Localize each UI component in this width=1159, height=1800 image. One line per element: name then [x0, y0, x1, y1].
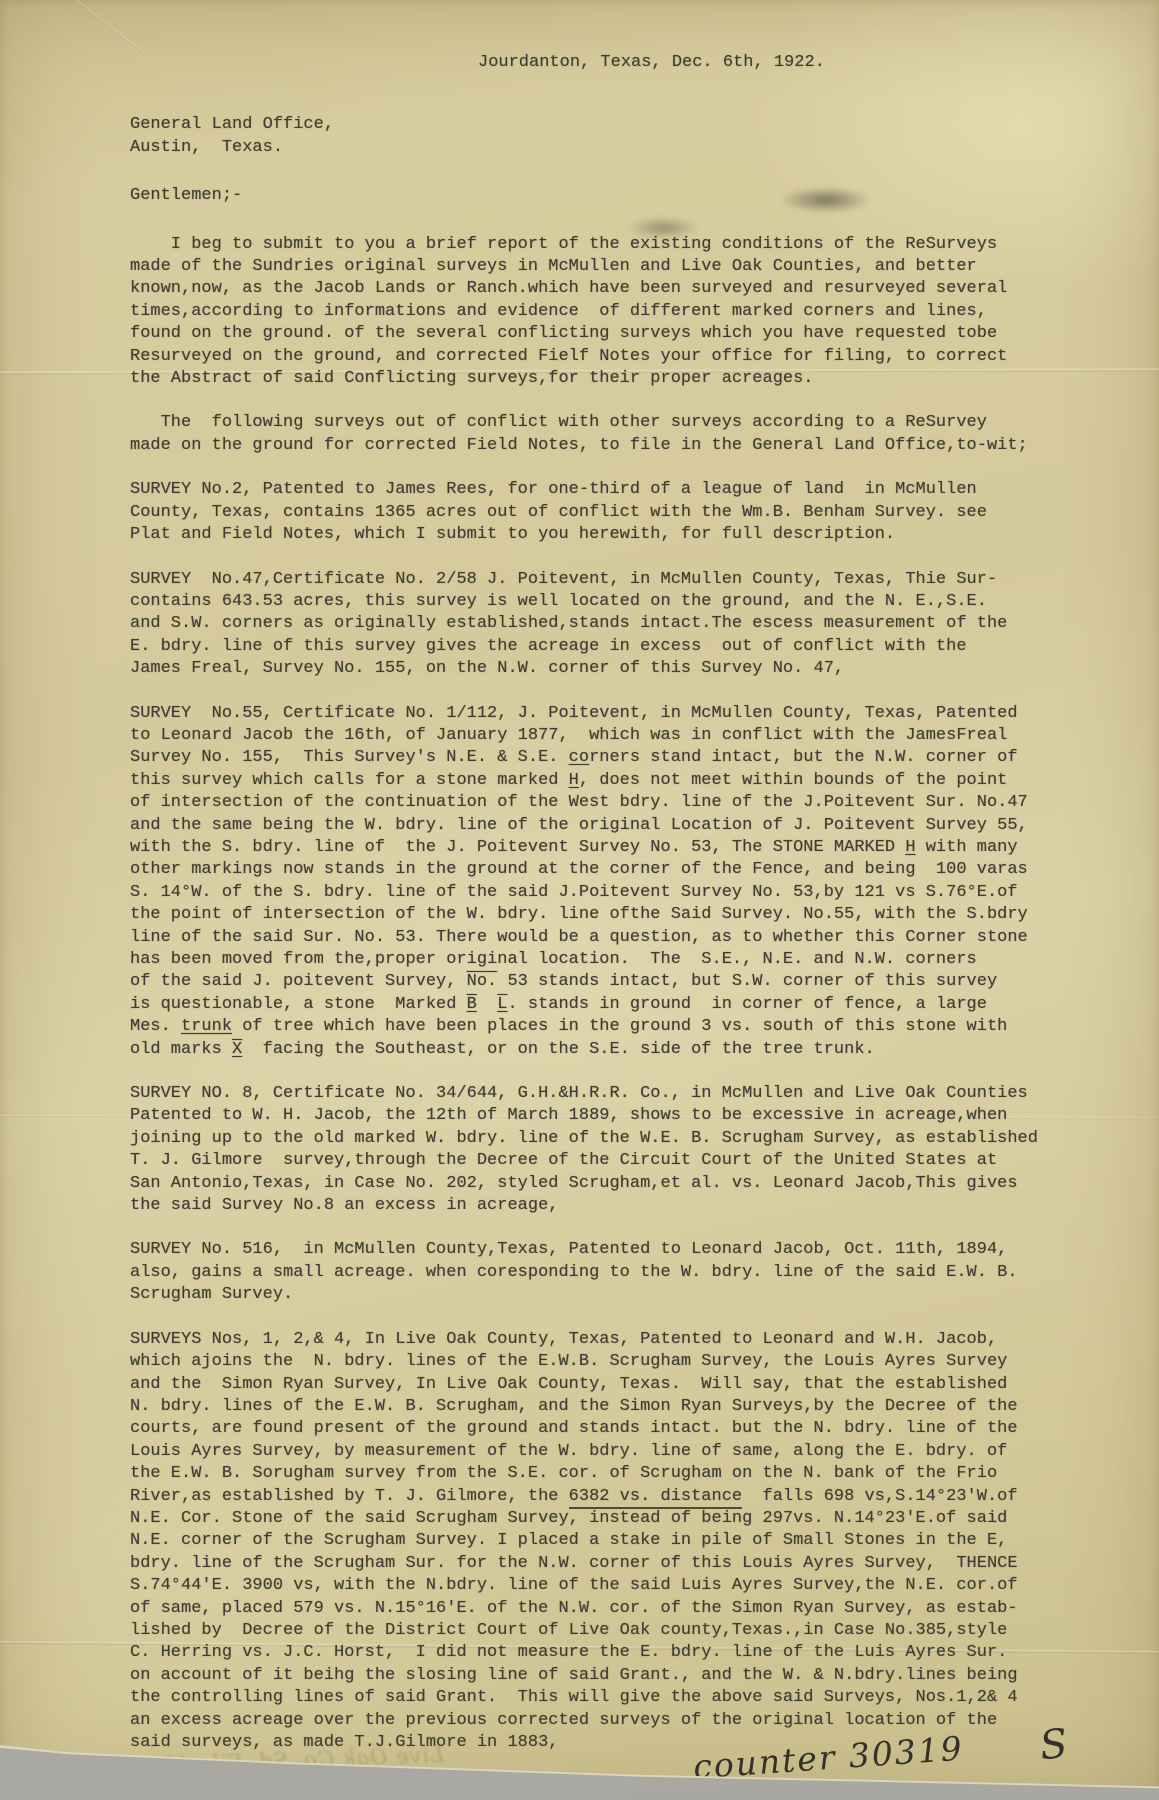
typed-line: Resurveyed on the ground, and corrected … — [130, 346, 1050, 368]
paragraph: SURVEY No.47,Certificate No. 2/58 J. Poi… — [130, 569, 1050, 681]
typed-line: bdry. line of the Scrugham Sur. for the … — [130, 1553, 1050, 1575]
typed-line: the E.W. B. Sorugham survey from the S.E… — [130, 1463, 1050, 1485]
letter-content: Jourdanton, Texas, Dec. 6th, 1922. Gener… — [130, 52, 1050, 1776]
typed-line: Patented to W. H. Jacob, the 12th of Mar… — [130, 1105, 1050, 1127]
address-line: General Land Office, — [130, 114, 1050, 136]
typed-line: lished by Decree of the District Court o… — [130, 1620, 1050, 1642]
typed-line: SURVEY No.55, Certificate No. 1/112, J. … — [130, 703, 1050, 725]
typed-line: has been moved from the,proper original … — [130, 949, 1050, 971]
paragraph: SURVEY No.55, Certificate No. 1/112, J. … — [130, 703, 1050, 1062]
paragraph: The following surveys out of conflict wi… — [130, 412, 1050, 457]
paragraph: SURVEY NO. 8, Certificate No. 34/644, G.… — [130, 1083, 1050, 1217]
typed-line: this survey which calls for a stone mark… — [130, 770, 1050, 792]
typed-line: SURVEY No. 516, in McMullen County,Texas… — [130, 1239, 1050, 1261]
typed-line: the point of intersection of the W. bdry… — [130, 904, 1050, 926]
typed-line: SURVEY No.2, Patented to James Rees, for… — [130, 479, 1050, 501]
typed-line: James Freal, Survey No. 155, on the N.W.… — [130, 658, 1050, 680]
typed-line: with the S. bdry. line of the J. Poiteve… — [130, 837, 1050, 859]
typed-line: SURVEY NO. 8, Certificate No. 34/644, G.… — [130, 1083, 1050, 1105]
typed-line: the Abstract of said Conflicting surveys… — [130, 368, 1050, 390]
typed-line: of same, placed 579 vs. N.15°16'E. of th… — [130, 1598, 1050, 1620]
typed-line: Mes. trunk of tree which have been place… — [130, 1016, 1050, 1038]
dateline: Jourdanton, Texas, Dec. 6th, 1922. — [478, 52, 1050, 74]
letter-body: I beg to submit to you a brief report of… — [130, 234, 1050, 1755]
typed-line: of the said J. poitevent Survey, No. 53 … — [130, 971, 1050, 993]
paragraph: SURVEY No. 516, in McMullen County,Texas… — [130, 1239, 1050, 1306]
typed-line: on account of it beihg the slosing line … — [130, 1665, 1050, 1687]
typed-line: other markings now stands in the ground … — [130, 859, 1050, 881]
typed-line: an excess acreage over the previous corr… — [130, 1710, 1050, 1732]
typed-line: also, gains a small acreage. when coresp… — [130, 1262, 1050, 1284]
typed-line: to Leonard Jacob the 16th, of January 18… — [130, 725, 1050, 747]
paragraph: SURVEY No.2, Patented to James Rees, for… — [130, 479, 1050, 546]
typed-line: line of the said Sur. No. 53. There woul… — [130, 927, 1050, 949]
typed-line: courts, are found present of the ground … — [130, 1418, 1050, 1440]
paragraph: SURVEYS Nos, 1, 2,& 4, In Live Oak Count… — [130, 1329, 1050, 1755]
typed-line: Scrugham Survey. — [130, 1284, 1050, 1306]
typed-line: of intersection of the continuation of t… — [130, 792, 1050, 814]
typed-line: River,as established by T. J. Gilmore, t… — [130, 1486, 1050, 1508]
address-line: Austin, Texas. — [130, 137, 1050, 159]
paragraph: I beg to submit to you a brief report of… — [130, 234, 1050, 391]
typed-line: joining up to the old marked W. bdry. li… — [130, 1128, 1050, 1150]
typed-line: SURVEYS Nos, 1, 2,& 4, In Live Oak Count… — [130, 1329, 1050, 1351]
typed-line: I beg to submit to you a brief report of… — [130, 234, 1050, 256]
typed-line: times,according to informations and evid… — [130, 301, 1050, 323]
typed-line: and S.W. corners as originally establish… — [130, 613, 1050, 635]
paper-crease — [52, 0, 148, 57]
typed-line: found on the ground. of the several conf… — [130, 323, 1050, 345]
typed-line: which ajoins the N. bdry. lines of the E… — [130, 1351, 1050, 1373]
letter-page: Jourdanton, Texas, Dec. 6th, 1922. Gener… — [0, 0, 1159, 1800]
typed-line: made on the ground for corrected Field N… — [130, 435, 1050, 457]
typed-line: SURVEY No.47,Certificate No. 2/58 J. Poi… — [130, 569, 1050, 591]
typed-line: Survey No. 155, This Survey's N.E. & S.E… — [130, 747, 1050, 769]
typed-line: the controlling lines of said Grant. Thi… — [130, 1687, 1050, 1709]
typed-line: S. 14°W. of the S. bdry. line of the sai… — [130, 882, 1050, 904]
typed-line: E. bdry. line of this survey gives the a… — [130, 636, 1050, 658]
typed-line: and the Simon Ryan Survey, In Live Oak C… — [130, 1374, 1050, 1396]
typed-line: C. Herring vs. J.C. Horst, I did not mea… — [130, 1642, 1050, 1664]
typed-line: N.E. Cor. Stone of the said Scrugham Sur… — [130, 1508, 1050, 1530]
typed-line: Louis Ayres Survey, by measurement of th… — [130, 1441, 1050, 1463]
typed-line: S.74°44'E. 3900 vs, with the N.bdry. lin… — [130, 1575, 1050, 1597]
handwritten-initial: S — [1038, 1721, 1070, 1770]
typed-line: San Antonio,Texas, in Case No. 202, styl… — [130, 1173, 1050, 1195]
typed-line: contains 643.53 acres, this survey is we… — [130, 591, 1050, 613]
typed-line: old marks X facing the Southeast, or on … — [130, 1039, 1050, 1061]
typed-line: T. J. Gilmore survey,through the Decree … — [130, 1150, 1050, 1172]
typed-line: The following surveys out of conflict wi… — [130, 412, 1050, 434]
typed-line: N.E. corner of the Scrugham Survey. I pl… — [130, 1530, 1050, 1552]
salutation: Gentlemen;- — [130, 185, 1050, 207]
typed-line: the said Survey No.8 an excess in acreag… — [130, 1195, 1050, 1217]
typed-line: known,now, as the Jacob Lands or Ranch.w… — [130, 278, 1050, 300]
typed-line: is questionable, a stone Marked B L. sta… — [130, 994, 1050, 1016]
typed-line: Plat and Field Notes, which I submit to … — [130, 524, 1050, 546]
typed-line: and the same being the W. bdry. line of … — [130, 815, 1050, 837]
typed-line: made of the Sundries original surveys in… — [130, 256, 1050, 278]
address-block: General Land Office, Austin, Texas. — [130, 114, 1050, 159]
typed-line: County, Texas, contains 1365 acres out o… — [130, 502, 1050, 524]
typed-line: N. bdry. lines of the E.W. B. Scrugham, … — [130, 1396, 1050, 1418]
